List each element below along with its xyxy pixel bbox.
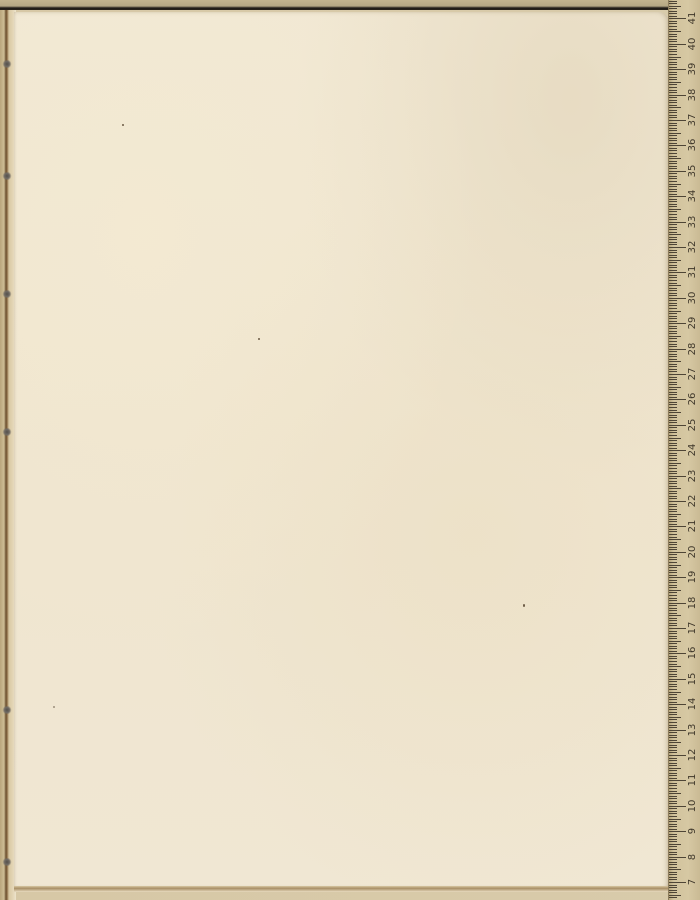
ruler-tick bbox=[669, 730, 686, 731]
ruler-tick bbox=[669, 725, 677, 726]
ruler-tick bbox=[669, 425, 686, 426]
ruler-tick bbox=[669, 592, 677, 593]
ruler-label: 10 bbox=[687, 799, 699, 813]
ruler-tick bbox=[669, 168, 677, 169]
ruler-tick bbox=[669, 689, 677, 690]
ruler-tick bbox=[669, 432, 677, 433]
ruler-tick bbox=[669, 867, 677, 868]
ruler-label: 38 bbox=[687, 88, 699, 102]
ruler-label: 32 bbox=[687, 240, 699, 254]
ruler-tick bbox=[669, 829, 677, 830]
ruler-tick bbox=[669, 531, 677, 532]
ruler-tick bbox=[669, 613, 677, 614]
ruler-tick bbox=[669, 176, 677, 177]
ruler-tick bbox=[669, 704, 686, 705]
ruler-tick bbox=[669, 156, 677, 157]
ruler-tick bbox=[669, 600, 677, 601]
ruler-tick bbox=[669, 214, 677, 215]
ruler-tick bbox=[669, 747, 677, 748]
ruler-tick bbox=[669, 346, 677, 347]
ruler-tick bbox=[669, 77, 677, 78]
ruler-tick bbox=[669, 298, 686, 299]
ruler-label: 8 bbox=[687, 850, 699, 864]
ruler-tick bbox=[669, 887, 677, 888]
ruler-tick bbox=[669, 186, 677, 187]
ruler-tick bbox=[669, 399, 686, 400]
top-page-edge bbox=[0, 0, 670, 10]
ruler-tick bbox=[669, 869, 681, 870]
ruler-tick bbox=[669, 359, 677, 360]
ruler-tick bbox=[669, 567, 677, 568]
ruler-label: 14 bbox=[687, 697, 699, 711]
ruler-tick bbox=[669, 311, 681, 312]
ruler-tick bbox=[669, 758, 677, 759]
ruler-tick bbox=[669, 542, 677, 543]
ruler-label: 29 bbox=[687, 316, 699, 330]
ruler-tick bbox=[669, 768, 681, 769]
ruler-tick bbox=[669, 521, 677, 522]
ruler-tick bbox=[669, 448, 677, 449]
ruler-tick bbox=[669, 661, 677, 662]
ruler-label: 39 bbox=[687, 62, 699, 76]
ruler-tick bbox=[669, 821, 677, 822]
ruler-tick bbox=[669, 552, 686, 553]
ruler-tick bbox=[669, 382, 677, 383]
ruler-tick bbox=[669, 415, 677, 416]
ruler-tick bbox=[669, 79, 677, 80]
ruler-tick bbox=[669, 272, 686, 273]
ruler-label: 7 bbox=[687, 875, 699, 889]
ruler-tick bbox=[669, 117, 677, 118]
ruler-tick bbox=[669, 242, 677, 243]
ruler-tick bbox=[669, 305, 677, 306]
ruler-tick bbox=[669, 890, 677, 891]
ruler-tick bbox=[669, 859, 677, 860]
ruler-tick bbox=[669, 316, 677, 317]
ruler-label: 18 bbox=[687, 596, 699, 610]
ruler-tick bbox=[669, 222, 686, 223]
ruler-tick bbox=[669, 397, 677, 398]
ruler-tick bbox=[669, 638, 677, 639]
ruler-tick bbox=[669, 699, 677, 700]
ruler-tick bbox=[669, 18, 686, 19]
ruler-tick bbox=[669, 537, 677, 538]
ruler-label: 37 bbox=[687, 113, 699, 127]
ruler-tick bbox=[669, 110, 677, 111]
ruler-tick bbox=[669, 750, 677, 751]
ruler-tick bbox=[669, 95, 686, 96]
ruler-tick bbox=[669, 549, 677, 550]
ruler-tick bbox=[669, 628, 686, 629]
ruler-tick bbox=[669, 618, 677, 619]
ruler-tick bbox=[669, 36, 677, 37]
ruler-tick bbox=[669, 852, 677, 853]
ruler-tick bbox=[669, 524, 677, 525]
ruler-tick bbox=[669, 674, 677, 675]
ruler-tick bbox=[669, 755, 686, 756]
ruler-tick bbox=[669, 57, 681, 58]
ruler-tick bbox=[669, 481, 677, 482]
ruler-tick bbox=[669, 862, 677, 863]
ruler-tick bbox=[669, 826, 677, 827]
binding-stitch bbox=[2, 858, 12, 866]
ruler-tick bbox=[669, 158, 681, 159]
ruler-tick bbox=[669, 559, 677, 560]
blank-page bbox=[14, 12, 669, 890]
ruler-tick bbox=[669, 488, 681, 489]
ruler-tick bbox=[669, 64, 677, 65]
ruler-tick bbox=[669, 620, 677, 621]
ruler-tick bbox=[669, 514, 681, 515]
ruler-tick bbox=[669, 732, 677, 733]
ruler-tick bbox=[669, 374, 686, 375]
ruler-tick bbox=[669, 204, 677, 205]
ruler-tick bbox=[669, 13, 677, 14]
ruler-tick bbox=[669, 455, 677, 456]
ruler-tick bbox=[669, 341, 677, 342]
ruler-tick bbox=[669, 575, 677, 576]
ruler-label: 41 bbox=[687, 11, 699, 25]
ruler-tick bbox=[669, 201, 677, 202]
ruler-tick bbox=[669, 1, 677, 2]
ruler-tick bbox=[669, 709, 677, 710]
ruler-tick bbox=[669, 255, 677, 256]
ruler-tick bbox=[669, 554, 677, 555]
ruler-tick bbox=[669, 364, 677, 365]
ruler-label: 34 bbox=[687, 189, 699, 203]
ruler-tick bbox=[669, 780, 686, 781]
ruler-tick bbox=[669, 666, 681, 667]
ruler-tick bbox=[669, 844, 681, 845]
ruler-tick bbox=[669, 582, 677, 583]
ruler-tick bbox=[669, 526, 686, 527]
ruler-tick bbox=[669, 232, 677, 233]
ruler-tick bbox=[669, 605, 677, 606]
ruler-tick bbox=[669, 227, 677, 228]
ruler-tick bbox=[669, 92, 677, 93]
ruler-tick bbox=[669, 250, 677, 251]
ruler-tick bbox=[669, 516, 677, 517]
ruler-tick bbox=[669, 69, 686, 70]
ruler-tick bbox=[669, 87, 677, 88]
ruler-tick bbox=[669, 646, 677, 647]
ruler-tick bbox=[669, 684, 677, 685]
ruler-tick bbox=[669, 97, 677, 98]
ruler-tick bbox=[669, 874, 677, 875]
ruler-tick bbox=[669, 557, 677, 558]
ruler-tick bbox=[669, 239, 677, 240]
ruler-tick bbox=[669, 140, 677, 141]
ruler-tick bbox=[669, 636, 677, 637]
binding-stitch bbox=[2, 428, 12, 436]
ruler-tick bbox=[669, 150, 677, 151]
ruler-tick bbox=[669, 737, 677, 738]
ruler-tick bbox=[669, 712, 677, 713]
ruler-tick bbox=[669, 458, 677, 459]
ruler-tick bbox=[669, 565, 681, 566]
ruler-tick bbox=[669, 16, 677, 17]
binding-stitch bbox=[2, 60, 12, 68]
ruler-label: 31 bbox=[687, 265, 699, 279]
ruler-tick bbox=[669, 184, 681, 185]
ruler-tick bbox=[669, 430, 677, 431]
ruler-tick bbox=[669, 793, 681, 794]
ruler-label: 24 bbox=[687, 443, 699, 457]
ruler-tick bbox=[669, 544, 677, 545]
ruler-tick bbox=[669, 356, 677, 357]
ruler-tick bbox=[669, 498, 677, 499]
ruler-tick bbox=[669, 166, 677, 167]
ruler-tick bbox=[669, 326, 677, 327]
ruler-tick bbox=[669, 760, 677, 761]
ruler-tick bbox=[669, 328, 677, 329]
ruler-tick bbox=[669, 260, 681, 261]
ruler-tick bbox=[669, 394, 677, 395]
ruler-tick bbox=[669, 493, 677, 494]
ruler-tick bbox=[669, 727, 677, 728]
ruler-tick bbox=[669, 506, 677, 507]
ruler-tick bbox=[669, 697, 677, 698]
ruler-tick bbox=[669, 465, 677, 466]
ruler-tick bbox=[669, 587, 677, 588]
ruler-tick bbox=[669, 29, 677, 30]
ruler-tick bbox=[669, 811, 677, 812]
ruler-tick bbox=[669, 427, 677, 428]
ruler-tick bbox=[669, 453, 677, 454]
ruler-tick bbox=[669, 608, 677, 609]
ruler-tick bbox=[669, 44, 686, 45]
ruler-tick bbox=[669, 59, 677, 60]
ruler-tick bbox=[669, 610, 677, 611]
ruler-tick bbox=[669, 366, 677, 367]
ruler-tick bbox=[669, 133, 681, 134]
ruler-label: 27 bbox=[687, 367, 699, 381]
ruler-tick bbox=[669, 173, 677, 174]
ruler-tick bbox=[669, 39, 677, 40]
ruler-tick bbox=[669, 892, 677, 893]
ruler-tick bbox=[669, 813, 677, 814]
ruler-tick bbox=[669, 369, 677, 370]
ruler-tick bbox=[669, 412, 681, 413]
ruler-label: 19 bbox=[687, 570, 699, 584]
ruler-tick bbox=[669, 671, 677, 672]
ruler-tick bbox=[669, 333, 677, 334]
ruler-tick bbox=[669, 283, 677, 284]
ruler-tick bbox=[669, 694, 677, 695]
ruler-tick bbox=[669, 23, 677, 24]
ruler-tick bbox=[669, 450, 686, 451]
measuring-ruler: 7891011121314151617181920212223242526272… bbox=[668, 0, 700, 900]
ruler-tick bbox=[669, 486, 677, 487]
ruler-tick bbox=[669, 882, 686, 883]
ruler-label: 13 bbox=[687, 723, 699, 737]
ruler-tick bbox=[669, 323, 686, 324]
ruler-tick bbox=[669, 648, 677, 649]
ruler-tick bbox=[669, 3, 677, 4]
ruler-label: 12 bbox=[687, 748, 699, 762]
ruler-tick bbox=[669, 209, 681, 210]
ruler-tick bbox=[669, 819, 681, 820]
ruler-tick bbox=[669, 224, 677, 225]
ruler-tick bbox=[669, 293, 677, 294]
ruler-tick bbox=[669, 476, 686, 477]
ruler-tick bbox=[669, 483, 677, 484]
ruler-tick bbox=[669, 404, 677, 405]
ruler-tick bbox=[669, 252, 677, 253]
ruler-tick bbox=[669, 460, 677, 461]
ruler-tick bbox=[669, 267, 677, 268]
ruler-tick bbox=[669, 74, 677, 75]
ruler-tick bbox=[669, 26, 677, 27]
ruler-tick bbox=[669, 354, 677, 355]
ruler-tick bbox=[669, 349, 686, 350]
ruler-tick bbox=[669, 864, 677, 865]
ruler-tick bbox=[669, 285, 681, 286]
ruler-tick bbox=[669, 643, 677, 644]
ruler-tick bbox=[669, 857, 686, 858]
ruler-tick bbox=[669, 676, 677, 677]
ruler-label: 33 bbox=[687, 215, 699, 229]
ruler-tick bbox=[669, 219, 677, 220]
ruler-tick bbox=[669, 105, 677, 106]
ruler-tick bbox=[669, 791, 677, 792]
ruler-tick bbox=[669, 509, 677, 510]
ruler-tick bbox=[669, 145, 686, 146]
ruler-tick bbox=[669, 707, 677, 708]
ruler-tick bbox=[669, 519, 677, 520]
ruler-tick bbox=[669, 803, 677, 804]
ruler-tick bbox=[669, 740, 677, 741]
ruler-tick bbox=[669, 171, 686, 172]
ruler-tick bbox=[669, 816, 677, 817]
ruler-tick bbox=[669, 501, 686, 502]
ruler-tick bbox=[669, 21, 677, 22]
ruler-tick bbox=[669, 879, 677, 880]
ruler-label: 16 bbox=[687, 646, 699, 660]
ruler-tick bbox=[669, 303, 677, 304]
ruler-tick bbox=[669, 585, 677, 586]
ruler-tick bbox=[669, 872, 677, 873]
paper-speck bbox=[53, 706, 55, 708]
ruler-tick bbox=[669, 331, 677, 332]
ruler-tick bbox=[669, 641, 681, 642]
ruler-tick bbox=[669, 496, 677, 497]
ruler-tick bbox=[669, 664, 677, 665]
ruler-tick bbox=[669, 763, 677, 764]
ruler-tick bbox=[669, 379, 677, 380]
ruler-tick bbox=[669, 229, 677, 230]
paper-speck bbox=[122, 124, 124, 126]
ruler-tick bbox=[669, 473, 677, 474]
ruler-tick bbox=[669, 143, 677, 144]
ruler-tick bbox=[669, 262, 677, 263]
ruler-label: 17 bbox=[687, 621, 699, 635]
ruler-tick bbox=[669, 244, 677, 245]
ruler-tick bbox=[669, 211, 677, 212]
ruler-tick bbox=[669, 280, 677, 281]
ruler-tick bbox=[669, 625, 677, 626]
ruler-tick bbox=[669, 897, 677, 898]
ruler-tick bbox=[669, 8, 677, 9]
ruler-tick bbox=[669, 247, 686, 248]
ruler-tick bbox=[669, 570, 677, 571]
ruler-tick bbox=[669, 288, 677, 289]
ruler-tick bbox=[669, 46, 677, 47]
ruler-tick bbox=[669, 752, 677, 753]
ruler-tick bbox=[669, 598, 677, 599]
ruler-tick bbox=[669, 783, 677, 784]
ruler-tick bbox=[669, 831, 686, 832]
ruler-tick bbox=[669, 161, 677, 162]
ruler-tick bbox=[669, 836, 677, 837]
ruler-tick bbox=[669, 440, 677, 441]
ruler-tick bbox=[669, 11, 677, 12]
ruler-tick bbox=[669, 387, 681, 388]
ruler-tick bbox=[669, 590, 681, 591]
ruler-tick bbox=[669, 196, 686, 197]
ruler-tick bbox=[669, 742, 681, 743]
ruler-tick bbox=[669, 722, 677, 723]
ruler-tick bbox=[669, 275, 677, 276]
ruler-tick bbox=[669, 125, 677, 126]
ruler-tick bbox=[669, 504, 677, 505]
ruler-tick bbox=[669, 443, 677, 444]
ruler-tick bbox=[669, 102, 677, 103]
ruler-tick bbox=[669, 67, 677, 68]
ruler-tick bbox=[669, 338, 677, 339]
ruler-label: 11 bbox=[687, 773, 699, 787]
ruler-tick bbox=[669, 189, 677, 190]
ruler-tick bbox=[669, 854, 677, 855]
ruler-tick bbox=[669, 572, 677, 573]
ruler-tick bbox=[669, 100, 677, 101]
ruler-tick bbox=[669, 846, 677, 847]
ruler-tick bbox=[669, 389, 677, 390]
ruler-label: 26 bbox=[687, 392, 699, 406]
ruler-tick bbox=[669, 51, 677, 52]
ruler-tick bbox=[669, 318, 677, 319]
ruler-tick bbox=[669, 49, 677, 50]
ruler-tick bbox=[669, 717, 681, 718]
ruler-tick bbox=[669, 84, 677, 85]
ruler-tick bbox=[669, 686, 677, 687]
ruler-tick bbox=[669, 295, 677, 296]
ruler-tick bbox=[669, 361, 681, 362]
ruler-tick bbox=[669, 679, 686, 680]
ruler-tick bbox=[669, 351, 677, 352]
binding-stitch bbox=[2, 706, 12, 714]
ruler-tick bbox=[669, 651, 677, 652]
binding-stitch bbox=[2, 172, 12, 180]
ruler-tick bbox=[669, 778, 677, 779]
ruler-label: 15 bbox=[687, 672, 699, 686]
ruler-tick bbox=[669, 445, 677, 446]
ruler-tick bbox=[669, 257, 677, 258]
ruler-tick bbox=[669, 681, 677, 682]
ruler-tick bbox=[669, 656, 677, 657]
ruler-tick bbox=[669, 420, 677, 421]
ruler-tick bbox=[669, 265, 677, 266]
ruler-tick bbox=[669, 34, 677, 35]
ruler-tick bbox=[669, 54, 677, 55]
ruler-tick bbox=[669, 313, 677, 314]
ruler-tick bbox=[669, 237, 677, 238]
ruler-tick bbox=[669, 895, 681, 896]
ruler-tick bbox=[669, 321, 677, 322]
ruler-tick bbox=[669, 885, 677, 886]
ruler-tick bbox=[669, 410, 677, 411]
ruler-tick bbox=[669, 562, 677, 563]
